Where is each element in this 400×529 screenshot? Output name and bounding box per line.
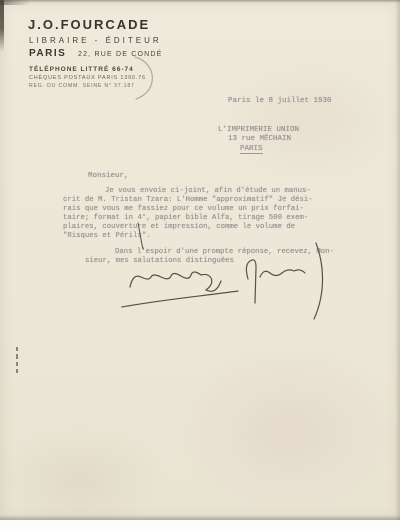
paper-top-edge-shadow (0, 0, 400, 3)
body-line: Je vous envoie ci-joint, afin d'étude un… (105, 187, 311, 195)
letterhead-phone: TÉLÉPHONE LITTRÉ 66-74 (29, 66, 134, 73)
letterhead-postal-account: CHÈQUES POSTAUX PARIS 1390.76 (29, 75, 146, 81)
paper-corner-smudge (0, 0, 30, 5)
paper-right-edge-shadow (395, 0, 400, 520)
letterhead-city: PARIS (29, 48, 66, 59)
paper-left-edge-shadow (0, 0, 4, 52)
salutation: Monsieur, (88, 172, 129, 180)
body-line: crit de M. Tristan Tzara: L'Homme "appro… (63, 196, 313, 204)
recipient-street: 13 rue MÉCHAIN (228, 135, 291, 143)
recipient-name: L'IMPRIMERIE UNION (218, 126, 299, 134)
letterhead-name: J.O.FOURCADE (28, 17, 150, 32)
dateline: Paris le 8 juillet 1930 (228, 97, 332, 105)
recipient-city: PARIS (240, 145, 263, 154)
letter-scan: J.O.FOURCADE LIBRAIRE - ÉDITEUR PARIS 22… (0, 0, 400, 529)
blind-stamp-arc-icon (133, 55, 167, 101)
scan-background-strip (0, 520, 400, 529)
handwritten-signature-icon (110, 215, 345, 325)
letterhead-registry: REG. DU COMM. SEINE N° 37.187 (29, 83, 135, 89)
body-line: rais que vous me fassiez pour ce volume … (63, 205, 304, 213)
pencil-margin-mark-icon (14, 347, 20, 375)
letterhead-subtitle: LIBRAIRE - ÉDITEUR (29, 36, 162, 45)
